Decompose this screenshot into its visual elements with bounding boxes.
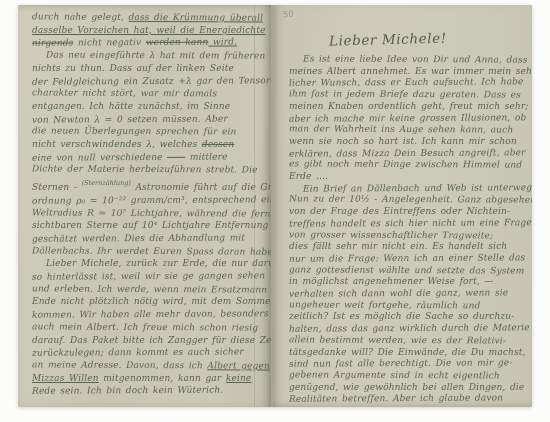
handwriting-line: verhalten sich dann wohl die ganz, wenn … (289, 288, 528, 301)
handwriting-line: von der Frage des Eintreffens oder Nicht… (289, 207, 528, 219)
handwriting-text: Nun zu der 10½ - Angelegenheit. Ganz abg… (289, 195, 532, 206)
handwriting-line: man der Wahrheit ins Auge sehen kann, au… (289, 125, 528, 138)
handwriting-line: die neuen Überlegungen sprechen für ein (32, 126, 267, 140)
handwriting-text: von grosser wissenschaftlicher Tragweite… (289, 230, 493, 241)
handwriting-text: halten, dass das ganz wirklich durch die… (289, 323, 530, 334)
handwriting-line: Realitäten betreffen. Aber ich glaube da… (289, 394, 528, 407)
handwriting-text: Rede sein. Ich bin doch kein Wüterich. (32, 386, 223, 397)
handwriting-line: Dichte der Materie herbeizuführen strebt… (32, 164, 267, 178)
underlined-text: dasselbe Vorzeichen hat, weil die Energi… (32, 26, 266, 36)
handwriting-text: sichtbaren Sterne auf 10⁴ Lichtjahre Ent… (32, 221, 268, 231)
right-page-text: Es ist eine liebe Idee von Dir und Anna,… (273, 55, 532, 406)
handwriting-text: allein bestimmt werden, wie es der Relat… (289, 335, 506, 346)
handwriting-line: so hinterlässt ist, weil wir sie ge gang… (32, 270, 267, 284)
handwriting-line: treffens handelt es sich hier nicht um e… (289, 218, 528, 231)
handwriting-text: charakter nicht stört, war mir damals (32, 89, 217, 100)
handwriting-line: auch mein Albert. Ich freue mich schon r… (32, 321, 267, 335)
handwriting-text: man der Wahrheit ins Auge sehen kann, au… (289, 125, 513, 136)
handwriting-text: Sternen - (32, 183, 82, 193)
handwriting-text: ihm fast in jedem Briefe dazu geraten. D… (289, 89, 521, 100)
handwriting-text: darauf. Das Paket bitte ich Zangger für … (32, 336, 271, 346)
handwriting-line: zeitlich? Ist es möglich die Sache so du… (289, 312, 528, 324)
underlined-text: Mizzas Willen (32, 374, 99, 384)
underlined-text: Albert gegen (207, 361, 270, 371)
underlined-text: wird. (208, 38, 237, 48)
handwriting-text: treffens handelt es sich hier nicht um e… (289, 218, 532, 229)
handwriting-line: charakter nicht stört, war mir damals (32, 88, 267, 102)
handwriting-line: Lieber Michele, zurück zur Erde, die nur… (32, 258, 267, 271)
handwriting-text: Es ist eine liebe Idee von Dir und Anna,… (303, 54, 532, 65)
handwriting-line: Nun zu der 10½ - Angelegenheit. Ganz abg… (289, 195, 528, 208)
handwriting-line: Ende nicht plötzlich nötig wird, mit dem… (32, 296, 267, 309)
handwriting-text: es gibt noch mehr Dinge zwischen Himmel … (289, 160, 522, 171)
handwriting-text: durch nahe gelegt, (32, 12, 129, 23)
handwriting-text: die neuen Überlegungen sprechen für ein (32, 127, 237, 138)
handwriting-line: von grosser wissenschaftlicher Tragweite… (289, 230, 528, 243)
underlined-text: keine (226, 374, 252, 384)
handwriting-text: licher Wunsch, dass er Euch aufsucht. Ic… (289, 78, 524, 89)
struck-out-text: dessen (202, 140, 234, 150)
struck-out-text: —— (167, 153, 185, 163)
handwriting-text: an meine Adresse. Davon, dass ich (32, 360, 207, 371)
handwriting-text: Das neu eingeführte λ hat mit dem früher… (46, 51, 265, 62)
handwriting-text: ungeheuer weit fortgehe, räumlich und (289, 300, 480, 311)
handwriting-text: mittlere (185, 152, 227, 162)
handwriting-text: Dällenbachs. Ihr werdet Euren Spass dara… (32, 246, 271, 257)
underlined-text: dass die Krümmung überall (128, 13, 263, 24)
handwriting-line: Sternen - (Sternzählung) Astronomie führ… (32, 177, 267, 195)
handwriting-line: Rede sein. Ich bin doch kein Wüterich. (32, 385, 267, 399)
struck-out-text: nirgends (32, 39, 74, 49)
handwriting-text: in möglichst angenehmener Weise fort, — (289, 277, 494, 287)
handwriting-line: ordnung ρ₀ = 10⁻²² gramm/cm³, entspreche… (32, 194, 267, 208)
handwriting-text: zurückzulegen; dann kommt es auch sicher (32, 348, 244, 359)
handwriting-text: wenn sie noch so hart ist. Ich kann mir … (289, 137, 517, 147)
handwriting-text: auch mein Albert. Ich freue mich schon r… (32, 322, 258, 333)
handwriting-text: der Feldgleichung ein Zusatz +λ gar den … (32, 76, 271, 87)
handwriting-text: Astronomie führt auf die Grössen- (131, 183, 271, 193)
handwriting-text: nichts zu thun. Dass auf der linken Seit… (32, 64, 234, 74)
handwriting-text: Weltradius R = 10⁷ Lichtjahre, während d… (32, 208, 271, 219)
handwriting-text: von Newton λ = 0 setzen müssen. Aber (32, 114, 228, 125)
handwriting-line: allein bestimmt werden, wie es der Relat… (289, 335, 528, 348)
handwriting-line: Weltradius R = 10⁷ Lichtjahre, während d… (32, 207, 267, 221)
handwriting-line: sichtbaren Sterne auf 10⁴ Lichtjahre Ent… (32, 220, 267, 233)
handwriting-text: nur um die Frage: Wenn ich an einer Stel… (289, 253, 525, 264)
handwriting-line: geschätzt werden. Dies die Abhandlung mi… (32, 232, 267, 246)
handwriting-line: und erleben. Ich werde, wenn mein Ersatz… (32, 283, 267, 297)
handwriting-line: durch nahe gelegt, dass die Krümmung übe… (32, 11, 267, 25)
handwriting-text: nicht verschwindendes λ, welches (32, 140, 202, 150)
handwriting-line: Das neu eingeführte λ hat mit dem früher… (32, 49, 267, 63)
handwriting-text: genügend, wie gewöhnlich bei allen Dinge… (289, 383, 524, 393)
handwriting-text: verhalten sich dann wohl die ganz, wenn … (289, 288, 508, 299)
handwriting-text: aber ich mache mir keine grossen Illusio… (289, 113, 526, 124)
interline-insertion: (Sternzählung) (82, 179, 131, 187)
handwriting-text: zeitlich? Ist es möglich die Sache so du… (289, 312, 514, 322)
handwriting-text: mitgenommen, kann gar (99, 374, 226, 384)
left-page-text: durch nahe gelegt, dass die Krümmung übe… (18, 5, 271, 398)
struck-out-text: werden kann (146, 38, 209, 48)
handwriting-line: darauf. Das Paket bitte ich Zangger für … (32, 335, 267, 348)
handwriting-line: nicht verschwindendes λ, welches dessen (32, 139, 267, 152)
handwriting-text: Lieber Michele, zurück zur Erde, die nur… (46, 259, 271, 269)
handwriting-text: sind nun fast alle berechtigt. Die von m… (289, 359, 513, 370)
handwriting-line: Erde .... (289, 172, 528, 184)
handwriting-text: kommen. Wir haben alle mehr davon, beson… (32, 309, 269, 320)
handwriting-text: ganz gottesdienst wählte und setzte das … (289, 265, 525, 276)
handwriting-line: nichts zu thun. Dass auf der linken Seit… (32, 63, 267, 76)
handwriting-line: meinen Knaben ordentlich geht, freut mic… (289, 102, 528, 114)
handwriting-line: gebenen Argumente sind in echt eigentlic… (289, 370, 528, 383)
handwriting-text: nicht negativ (73, 38, 145, 48)
handwriting-text: Ein Brief an Dällenbach und Web ist unte… (303, 183, 532, 194)
handwriting-text: Erde .... (289, 172, 328, 182)
handwriting-line: nur um die Frage: Wenn ich an einer Stel… (289, 253, 528, 266)
handwriting-text: Ende nicht plötzlich nötig wird, mit dem… (32, 297, 271, 307)
handwriting-line: an meine Adresse. Davon, dass ich Albert… (32, 359, 267, 373)
handwriting-text: eine von null verschiedene (32, 153, 167, 164)
handwriting-line: entgangen. Ich hätte zunächst, im Sinne (32, 101, 267, 114)
letter-page-left: durch nahe gelegt, dass die Krümmung übe… (18, 5, 271, 407)
handwriting-text: erklären, dass Mizza Dein Besuch angreif… (289, 148, 526, 159)
handwriting-text: tätsgedanke will? Die Einwände, die Du m… (289, 348, 526, 358)
letter-salutation: Lieber Michele! (329, 28, 532, 49)
handwriting-text: geschätzt werden. Dies die Abhandlung mi… (32, 233, 245, 244)
handwriting-line: es gibt noch mehr Dinge zwischen Himmel … (289, 160, 528, 173)
handwriting-text: gebenen Argumente sind in echt eigentlic… (289, 370, 500, 381)
handwriting-text: dies fällt sehr mir nicht ein. Es handel… (289, 242, 507, 252)
handwriting-text: so hinterlässt ist, weil wir sie ge gang… (32, 271, 265, 282)
handwriting-line: wenn sie noch so hart ist. Ich kann mir … (289, 137, 528, 149)
handwriting-text: und erleben. Ich werde, wenn mein Ersatz… (32, 284, 271, 295)
letter-photo: durch nahe gelegt, dass die Krümmung übe… (18, 5, 532, 407)
handwriting-text: meinen Knaben ordentlich geht, freut mic… (289, 102, 529, 112)
letter-page-right: 50 Lieber Michele! Es ist eine liebe Ide… (273, 5, 532, 407)
handwriting-line: ungeheuer weit fortgehe, räumlich und (289, 300, 528, 313)
handwriting-line: ganz gottesdienst wählte und setzte das … (289, 265, 528, 278)
handwriting-text: Realitäten betreffen. Aber ich glaube da… (289, 394, 503, 405)
handwriting-line: Es ist eine liebe Idee von Dir und Anna,… (289, 54, 528, 67)
handwriting-text: meines Albert annehmet. Es war immer mei… (289, 67, 532, 77)
handwriting-line: kommen. Wir haben alle mehr davon, beson… (32, 308, 267, 322)
handwriting-text: entgangen. Ich hätte zunächst, im Sinne (32, 102, 230, 112)
handwriting-text: von der Frage des Eintreffens oder Nicht… (289, 207, 510, 217)
handwriting-line: dies fällt sehr mir nicht ein. Es handel… (289, 242, 528, 254)
handwriting-line: in möglichst angenehmener Weise fort, — (289, 277, 528, 289)
handwriting-line: ihm fast in jedem Briefe dazu geraten. D… (289, 89, 528, 102)
handwriting-line: Dällenbachs. Ihr werdet Euren Spass dara… (32, 245, 267, 259)
pencil-page-number: 50 (283, 10, 294, 21)
handwriting-text: Dichte der Materie herbeizuführen strebt… (32, 165, 258, 176)
handwriting-line: Mizzas Willen mitgenommen, kann gar kein… (32, 373, 267, 386)
handwriting-text: ordnung ρ₀ = 10⁻²² gramm/cm³, entspreche… (32, 195, 271, 207)
